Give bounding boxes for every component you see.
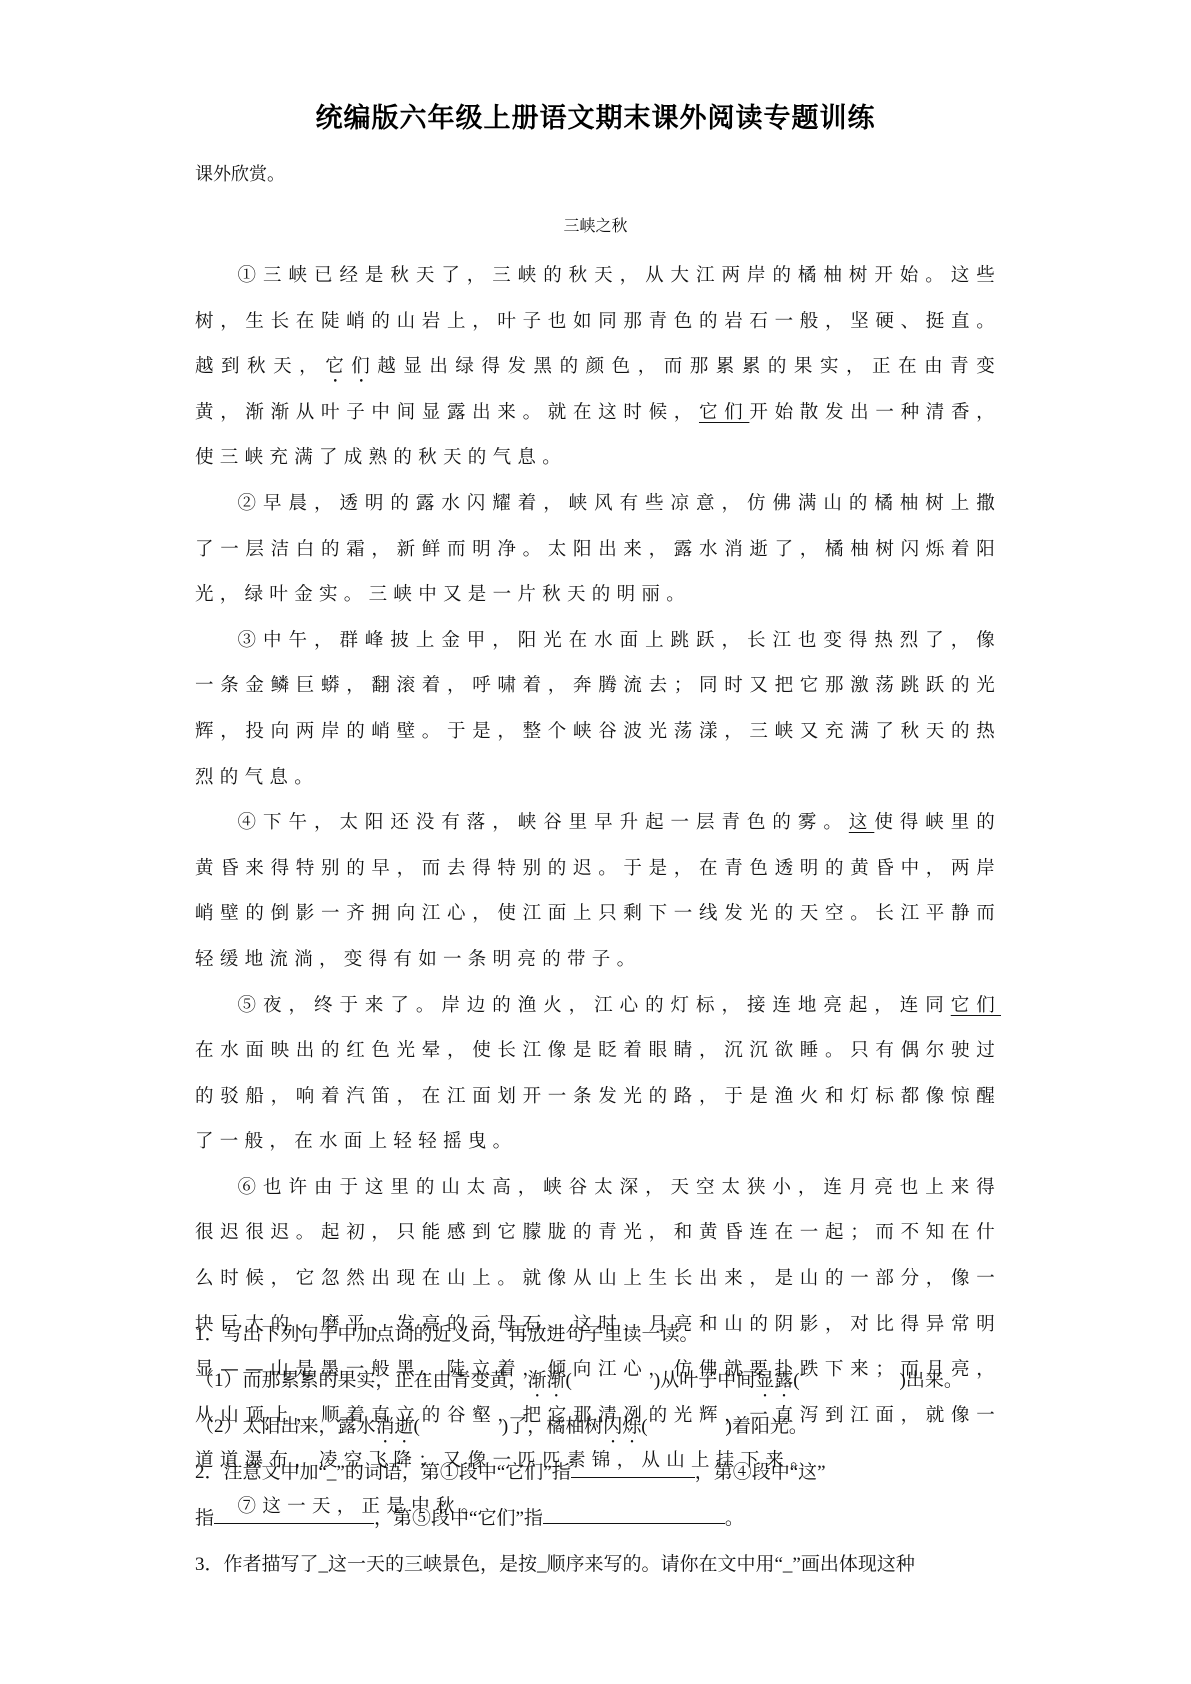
dotted-word: 它们 xyxy=(325,356,377,377)
question-text: 指 xyxy=(195,1508,214,1529)
sentence-text: 了，橘柚树 xyxy=(508,1416,603,1437)
dotted-word: 渐渐 xyxy=(528,1370,566,1391)
underlined-word: 它们 xyxy=(951,995,1001,1016)
open-paren: ( xyxy=(414,1416,420,1437)
paragraph-number: ③ xyxy=(238,630,263,651)
paragraph-text: 夜，终于来了。岸边的渔火，江心的灯标，接连地亮起，连同 xyxy=(263,995,951,1016)
question-text: 2．注意文中加“_”的词语，第①段中“它们”指 xyxy=(195,1462,571,1483)
questions-section: 1．写出下列句子中加点词的近义词，再放进句子里读一读。 （1）而那累累的果实，正… xyxy=(195,1312,1015,1588)
answer-blank[interactable] xyxy=(543,1505,725,1524)
paragraph-4: ④下午，太阳还没有落，峡谷里早升起一层青色的雾。这使得峡里的黄昏来得特别的早，而… xyxy=(195,800,1001,982)
question-3: 3．作者描写了_这一天的三峡景色，是按_顺序来写的。请你在文中用“_”画出体现这… xyxy=(195,1542,1015,1588)
paragraph-text: 在水面映出的红色光晕，使长江像是眨着眼睛，沉沉欲睡。只有偶尔驶过的驳船，响着汽笛… xyxy=(195,1040,1001,1152)
question-text: 。 xyxy=(725,1508,744,1529)
paragraph-number: ② xyxy=(238,493,263,514)
question-1-sentence-2: （2）太阳出来，露水消逝()了，橘柚树闪烁()着阳光。 xyxy=(195,1404,1015,1450)
paragraph-2: ②早晨，透明的露水闪耀着，峡风有些凉意，仿佛满山的橘柚树上撒了一层洁白的霜，新鲜… xyxy=(195,481,1001,618)
dotted-word: 闪烁 xyxy=(603,1416,641,1437)
paragraph-1: ①三峡已经是秋天了，三峡的秋天，从大江两岸的橘柚树开始。这些树，生长在陡峭的山岩… xyxy=(195,253,1001,481)
paragraph-text: 中午，群峰披上金甲，阳光在水面上跳跃，长江也变得热烈了，像一条金鳞巨蟒，翻滚着，… xyxy=(195,630,1001,788)
open-paren: ( xyxy=(566,1370,572,1391)
underlined-word: 它们 xyxy=(699,402,749,423)
open-paren: ( xyxy=(793,1370,799,1391)
paragraph-text: 使得峡里的黄昏来得特别的早，而去得特别的迟。于是，在青色透明的黄昏中，两岸峭壁的… xyxy=(195,812,1001,970)
paragraph-number: ⑤ xyxy=(238,995,263,1016)
paragraph-number: ⑥ xyxy=(238,1177,263,1198)
sentence-text: 着阳光。 xyxy=(732,1416,808,1437)
document-page: 统编版六年级上册语文期末课外阅读专题训练 课外欣赏。 三峡之秋 ①三峡已经是秋天… xyxy=(0,0,1191,1684)
sentence-text: （1）而那累累的果实，正在由青变黄， xyxy=(195,1370,528,1391)
dotted-word: 显露 xyxy=(755,1370,793,1391)
sentence-text: 从叶子中间 xyxy=(660,1370,755,1391)
question-1-sentence-1: （1）而那累累的果实，正在由青变黄，渐渐()从叶子中间显露()出来。 xyxy=(195,1358,1015,1404)
paragraph-number: ① xyxy=(238,265,263,286)
question-2-line-1: 2．注意文中加“_”的词语，第①段中“它们”指，第④段中“这” xyxy=(195,1450,1015,1496)
question-1-prompt: 1．写出下列句子中加点词的近义词，再放进句子里读一读。 xyxy=(195,1312,1015,1358)
underlined-word: 这 xyxy=(849,812,874,833)
answer-blank[interactable] xyxy=(214,1505,374,1524)
paragraph-text: 下午，太阳还没有落，峡谷里早升起一层青色的雾。 xyxy=(263,812,849,833)
paragraph-number: ④ xyxy=(238,812,263,833)
sentence-text: 出来。 xyxy=(906,1370,963,1391)
question-2-line-2: 指，第⑤段中“它们”指。 xyxy=(195,1496,1015,1542)
question-text: ，第④段中“这” xyxy=(695,1462,826,1483)
answer-blank[interactable] xyxy=(571,1459,695,1478)
intro-text: 课外欣赏。 xyxy=(195,160,285,186)
story-title: 三峡之秋 xyxy=(0,213,1191,236)
paragraph-3: ③中午，群峰披上金甲，阳光在水面上跳跃，长江也变得热烈了，像一条金鳞巨蟒，翻滚着… xyxy=(195,618,1001,800)
sentence-text: （2）太阳出来，露水 xyxy=(195,1416,376,1437)
paragraph-5: ⑤夜，终于来了。岸边的渔火，江心的灯标，接连地亮起，连同它们在水面映出的红色光晕… xyxy=(195,983,1001,1165)
open-paren: ( xyxy=(641,1416,647,1437)
document-title: 统编版六年级上册语文期末课外阅读专题训练 xyxy=(0,96,1191,135)
paragraph-text: 早晨，透明的露水闪耀着，峡风有些凉意，仿佛满山的橘柚树上撒了一层洁白的霜，新鲜而… xyxy=(195,493,1001,605)
dotted-word: 消逝 xyxy=(376,1416,414,1437)
question-text: ，第⑤段中“它们”指 xyxy=(374,1508,543,1529)
